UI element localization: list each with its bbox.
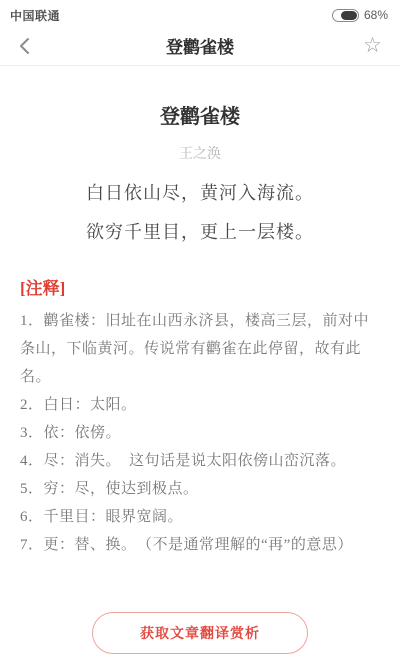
poem-author: 王之涣 bbox=[0, 143, 400, 163]
note-item: 4．尽：消失。 这句话是说太阳依傍山峦沉落。 bbox=[20, 447, 380, 475]
content-area: 登鹳雀楼 王之涣 白日依山尽，黄河入海流。 欲穷千里目，更上一层楼。 [注释] … bbox=[0, 100, 400, 559]
note-item: 2．白日：太阳。 bbox=[20, 391, 380, 419]
chevron-left-icon bbox=[18, 37, 30, 55]
action-button-container: 获取文章翻译赏析 bbox=[0, 612, 400, 654]
get-translation-button[interactable]: 获取文章翻译赏析 bbox=[92, 612, 308, 654]
note-item: 3．依：依傍。 bbox=[20, 419, 380, 447]
poem-line: 欲穷千里目，更上一层楼。 bbox=[0, 218, 400, 244]
notes-header: [注释] bbox=[20, 274, 380, 299]
page-title: 登鹳雀楼 bbox=[48, 33, 352, 58]
poem-title: 登鹳雀楼 bbox=[0, 100, 400, 129]
poem-line: 白日依山尽，黄河入海流。 bbox=[0, 179, 400, 205]
battery-icon bbox=[332, 9, 359, 22]
status-right-cluster: 68% bbox=[332, 8, 388, 22]
nav-bar: 登鹳雀楼 ☆ bbox=[0, 26, 400, 66]
note-item: 1．鹳雀楼：旧址在山西永济县，楼高三层，前对中条山，下临黄河。传说常有鹳雀在此停… bbox=[20, 307, 380, 391]
note-item: 7．更：替、换。 （不是通常理解的“再”的意思） bbox=[20, 531, 380, 559]
note-item: 5．穷：尽，使达到极点。 bbox=[20, 475, 380, 503]
back-button[interactable] bbox=[18, 37, 48, 55]
star-outline-icon: ☆ bbox=[363, 34, 382, 57]
favorite-button[interactable]: ☆ bbox=[352, 35, 382, 56]
battery-fill bbox=[341, 11, 357, 20]
status-bar: 中国联通 68% bbox=[0, 0, 400, 26]
note-item: 6．千里目：眼界宽阔。 bbox=[20, 503, 380, 531]
battery-percent-label: 68% bbox=[364, 8, 388, 22]
notes-section: [注释] 1．鹳雀楼：旧址在山西永济县，楼高三层，前对中条山，下临黄河。传说常有… bbox=[0, 274, 400, 559]
carrier-label: 中国联通 bbox=[10, 7, 60, 24]
